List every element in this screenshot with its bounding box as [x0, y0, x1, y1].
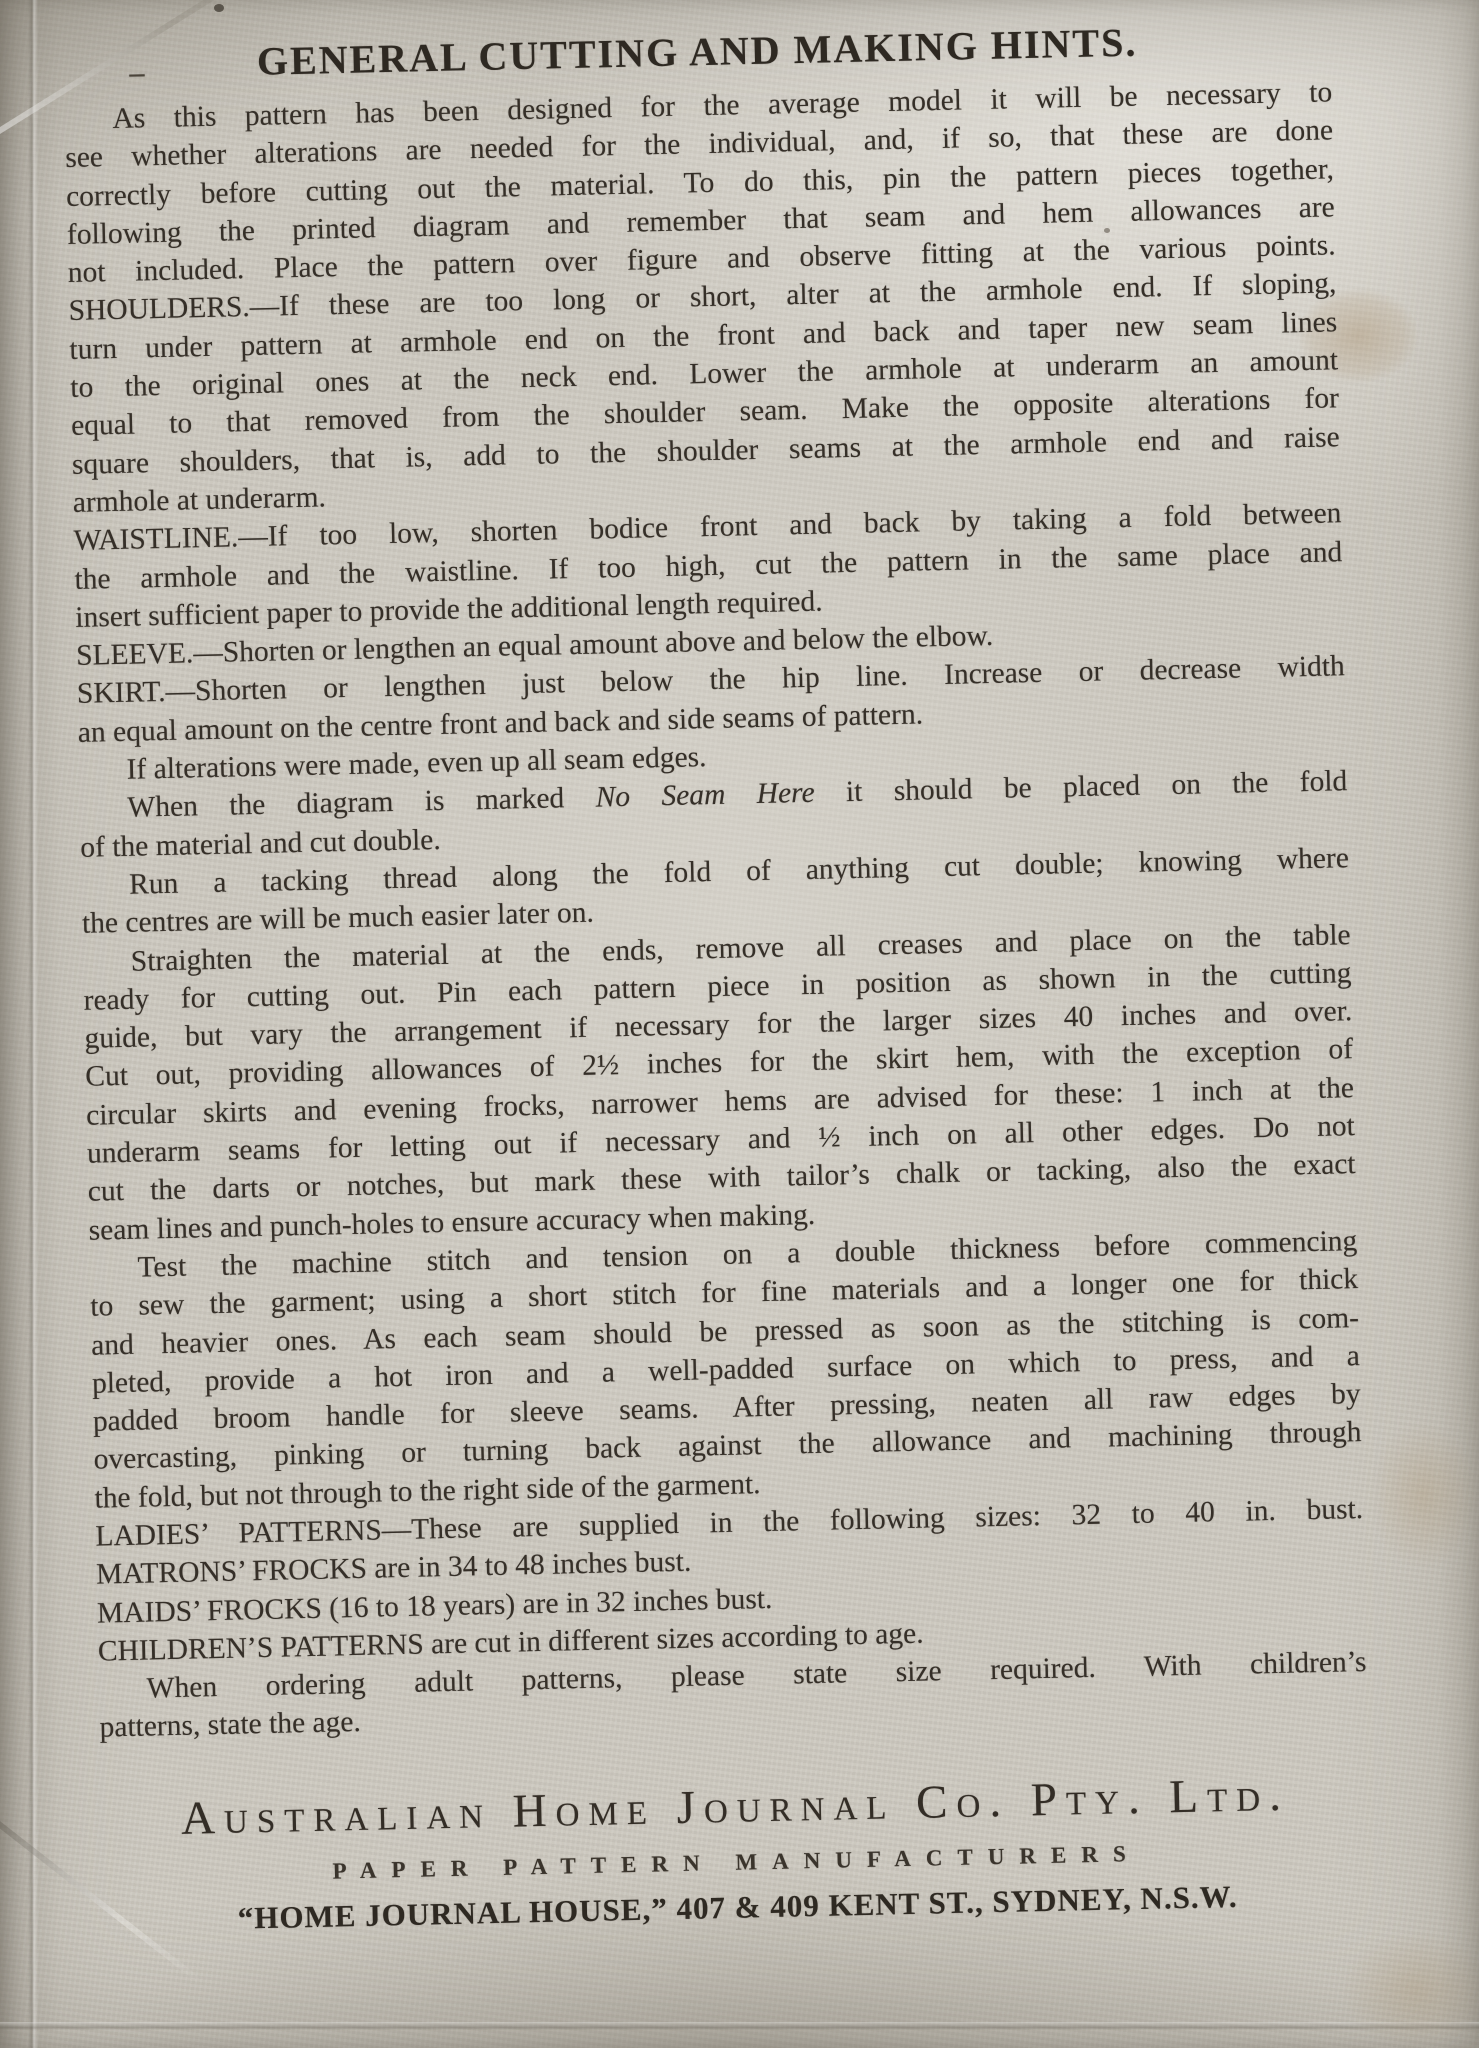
text-segment: of the material and cut double. [80, 824, 441, 864]
italic-text: No Seam Here [595, 777, 815, 814]
text-segment: patterns, state the age. [99, 1706, 361, 1744]
body-lines: As this pattern has been designed for th… [64, 73, 1368, 1747]
paper-crease-left [28, 0, 38, 2048]
publisher-address: “HOME JOURNAL HOUSE,” 407 & 409 KENT ST.… [103, 1876, 1371, 1940]
stray-print-mark: – [129, 56, 145, 90]
printed-content: – GENERAL CUTTING AND MAKING HINTS. As t… [63, 14, 1372, 1939]
paper-crease-bottom [0, 2022, 1479, 2030]
publisher-name: Australian Home Journal Co. Pty. Ltd. [101, 1766, 1370, 1848]
text-segment: armhole at underarm. [72, 481, 326, 519]
paper-stain [1340, 1930, 1479, 2048]
pattern-instruction-sheet: – GENERAL CUTTING AND MAKING HINTS. As t… [0, 0, 1479, 2048]
text-segment: When the diagram is marked [127, 782, 596, 824]
ink-speck [214, 4, 224, 12]
paper-stain [1368, 1420, 1478, 1570]
publisher-block: Australian Home Journal Co. Pty. Ltd. PA… [101, 1766, 1372, 1940]
